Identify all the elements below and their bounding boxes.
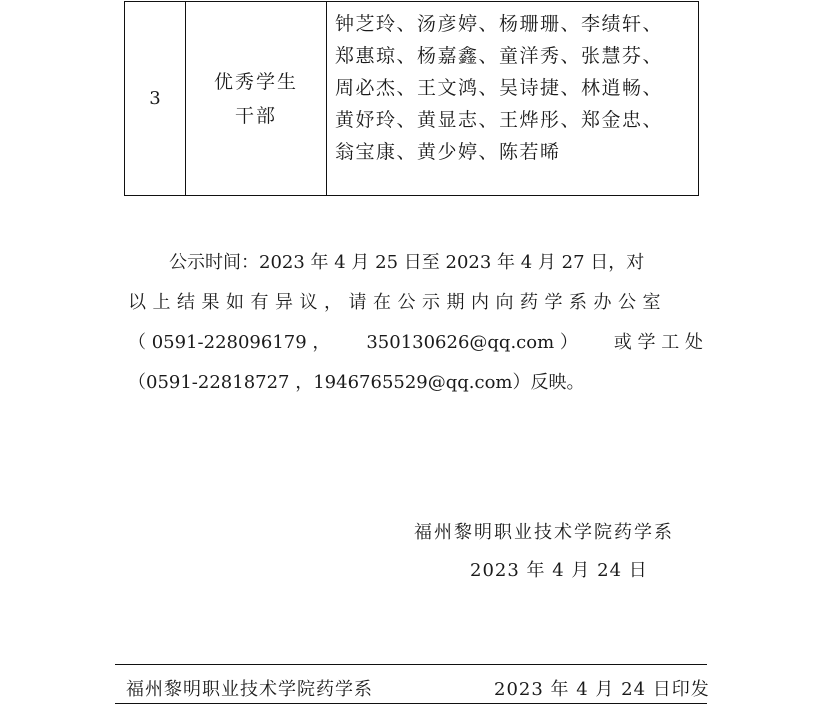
notice-line-4: （0591-22818727 ，1946765529@qq.com）反映。 — [128, 363, 703, 403]
awardee-names-cell: 钟芝玲、汤彦婷、杨珊珊、李绩轩、 郑惠琼、杨嘉鑫、童洋秀、张慧芬、 周必杰、王文… — [327, 2, 698, 195]
footer-rule-bottom — [115, 703, 707, 704]
student-affairs-label: 或 学 工 处 — [614, 323, 703, 363]
notice-line-1: 公示时间：2023 年 4 月 25 日至 2023 年 4 月 27 日，对 — [128, 243, 703, 283]
office-email: 350130626@qq.com ） — [366, 323, 578, 363]
office-phone: （ 0591-228096179 ， — [128, 323, 330, 363]
notice-line-3: （ 0591-228096179 ， 350130626@qq.com ） 或 … — [128, 323, 703, 363]
awardee-names: 钟芝玲、汤彦婷、杨珊珊、李绩轩、 郑惠琼、杨嘉鑫、童洋秀、张慧芬、 周必杰、王文… — [335, 8, 663, 168]
award-category-line2: 干部 — [235, 99, 277, 133]
notice-line-2: 以上结果如有异议，请在公示期内向药学系办公室 — [128, 283, 703, 323]
footer-organization: 福州黎明职业技术学院药学系 — [126, 675, 373, 701]
award-category: 优秀学生 干部 — [186, 2, 327, 195]
award-table: 3 优秀学生 干部 钟芝玲、汤彦婷、杨珊珊、李绩轩、 郑惠琼、杨嘉鑫、童洋秀、张… — [124, 1, 699, 196]
signature-organization: 福州黎明职业技术学院药学系 — [414, 518, 674, 544]
notice-paragraph: 公示时间：2023 年 4 月 25 日至 2023 年 4 月 27 日，对 … — [128, 243, 703, 403]
signature-date: 2023 年 4 月 24 日 — [470, 556, 648, 582]
footer-issue-date: 2023 年 4 月 24 日印发 — [494, 675, 710, 701]
row-number: 3 — [125, 2, 186, 195]
award-category-line1: 优秀学生 — [214, 65, 298, 99]
footer-rule-top — [115, 664, 707, 665]
